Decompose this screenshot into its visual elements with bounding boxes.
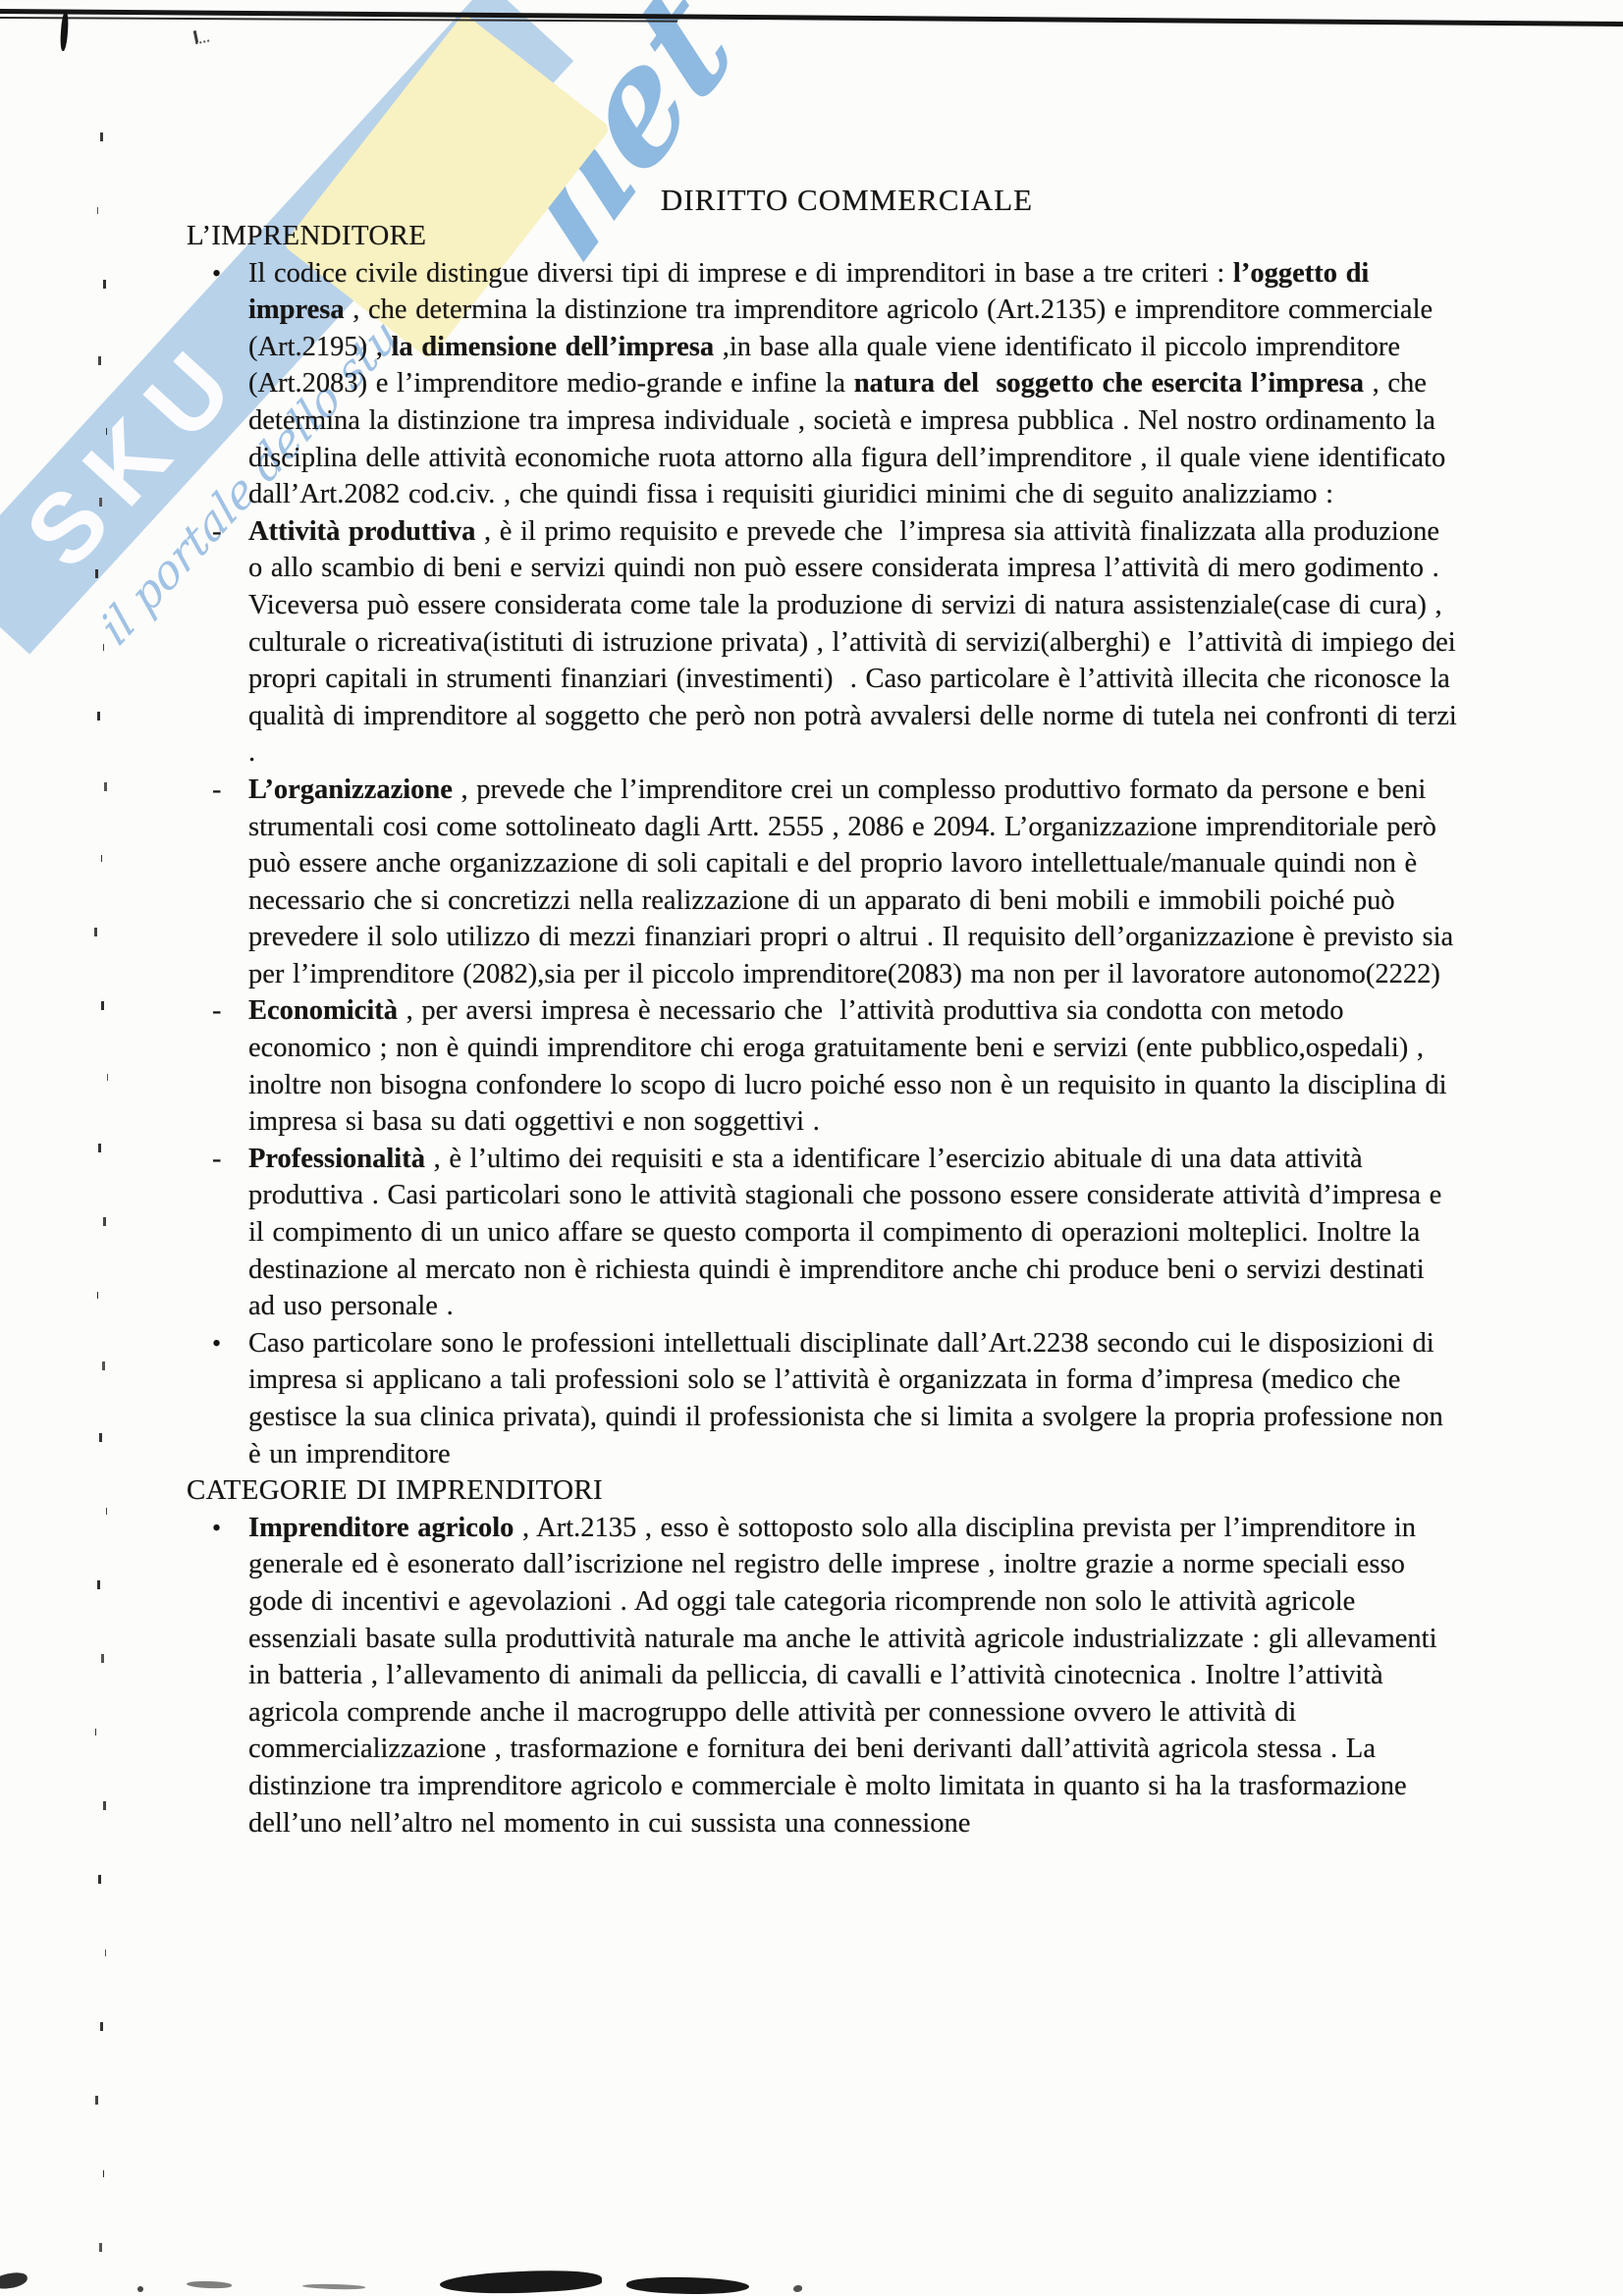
- paragraph-text: Economicità , per aversi impresa è neces…: [248, 995, 1455, 1137]
- paragraph-text: Caso particolare sono le professioni int…: [248, 1328, 1451, 1469]
- bullet-marker: •: [212, 255, 221, 293]
- scan-smudge-bottom: [793, 2285, 802, 2292]
- paragraph-text: Professionalità , è l’ultimo dei requisi…: [248, 1144, 1450, 1321]
- scan-smudge-bottom: [137, 2286, 143, 2292]
- scanned-document-page: SKU net il portale dello studente DIRITT…: [0, 0, 1623, 2296]
- paragraph-text: Attività produttiva , è il primo requisi…: [248, 516, 1465, 769]
- bullet-marker: •: [212, 1510, 221, 1547]
- scan-smudge-bottom: [187, 2280, 232, 2289]
- scan-smudge-bottom: [626, 2275, 750, 2296]
- scan-noise-left-edge: [94, 133, 97, 141]
- bullet-marker: •: [212, 1325, 221, 1362]
- scan-smudge-bottom: [0, 2271, 28, 2290]
- list-item: -L’organizzazione , prevede che l’impren…: [187, 772, 1458, 993]
- list-item: •Imprenditore agricolo , Art.2135 , esso…: [187, 1510, 1458, 1842]
- dash-marker: -: [212, 1141, 222, 1178]
- scan-smudge-bottom: [302, 2283, 365, 2290]
- section-heading: CATEGORIE DI IMPRENDITORI: [187, 1472, 1458, 1510]
- document-body: L’IMPRENDITORE•Il codice civile distingu…: [187, 218, 1458, 1842]
- scan-artifact-top-line-2: [0, 17, 677, 23]
- document-title: DIRITTO COMMERCIALE: [35, 183, 1623, 218]
- dash-marker: -: [212, 772, 222, 809]
- paragraph-text: Imprenditore agricolo , Art.2135 , esso …: [248, 1513, 1445, 1839]
- paragraph-text: Il codice civile distingue diversi tipi …: [248, 258, 1454, 510]
- scan-artifact-tick-mark: [193, 28, 210, 45]
- scan-smudge-bottom: [440, 2268, 603, 2296]
- list-item: -Economicità , per aversi impresa è nece…: [187, 992, 1458, 1140]
- list-item: -Attività produttiva , è il primo requis…: [187, 513, 1458, 772]
- section-heading: L’IMPRENDITORE: [187, 218, 1458, 255]
- list-item: -Professionalità , è l’ultimo dei requis…: [187, 1141, 1458, 1325]
- dash-marker: -: [212, 513, 222, 551]
- list-item: •Il codice civile distingue diversi tipi…: [187, 255, 1458, 513]
- scan-artifact-top-line: [0, 9, 1623, 27]
- list-item: •Caso particolare sono le professioni in…: [187, 1325, 1458, 1472]
- scan-artifact-ink-drip: [60, 12, 70, 51]
- paragraph-text: L’organizzazione , prevede che l’imprend…: [248, 774, 1462, 989]
- dash-marker: -: [212, 992, 222, 1030]
